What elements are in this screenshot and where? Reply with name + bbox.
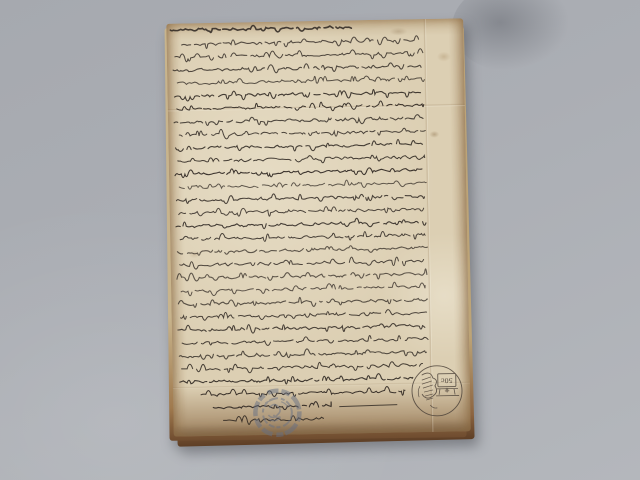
photo-background: 50c ⚜ bbox=[0, 0, 640, 480]
manuscript-page: 50c ⚜ bbox=[166, 18, 471, 436]
handwriting-line bbox=[178, 321, 425, 335]
handwriting-line bbox=[174, 114, 423, 127]
handwriting-line bbox=[175, 165, 422, 178]
handwriting-line bbox=[175, 48, 423, 62]
handwriting-line bbox=[179, 126, 425, 140]
signature-dash bbox=[339, 405, 397, 407]
ink-stamp bbox=[247, 382, 308, 443]
stamp-value-text: 50c bbox=[440, 376, 452, 384]
handwriting-line bbox=[173, 62, 421, 75]
handwriting-line bbox=[182, 36, 419, 49]
handwriting-line bbox=[175, 139, 422, 153]
document-stack: 50c ⚜ bbox=[170, 21, 467, 434]
handwriting-line bbox=[178, 154, 425, 166]
handwriting-line bbox=[180, 230, 425, 244]
handwriting-line bbox=[178, 295, 427, 309]
handwriting-line bbox=[182, 334, 428, 347]
fleur-de-lis-icon: ⚜ bbox=[444, 386, 450, 394]
handwriting-line bbox=[176, 217, 426, 230]
handwriting-line bbox=[179, 179, 426, 191]
handwriting-line bbox=[181, 282, 425, 296]
handwriting-line bbox=[180, 256, 424, 270]
handwriting-line bbox=[177, 269, 427, 283]
handwriting-line bbox=[177, 100, 424, 113]
handwriting-line bbox=[174, 88, 420, 102]
handwriting-line bbox=[181, 360, 422, 374]
cast-shadow bbox=[452, 0, 572, 72]
revenue-stamp: 50c ⚜ bbox=[406, 360, 467, 421]
handwriting-line bbox=[179, 205, 424, 218]
handwriting-line bbox=[176, 191, 424, 204]
handwriting-line bbox=[177, 74, 424, 86]
handwriting-line bbox=[181, 309, 427, 321]
handwriting-line bbox=[170, 24, 351, 34]
handwriting-line bbox=[179, 347, 426, 361]
handwriting-line bbox=[177, 244, 427, 256]
